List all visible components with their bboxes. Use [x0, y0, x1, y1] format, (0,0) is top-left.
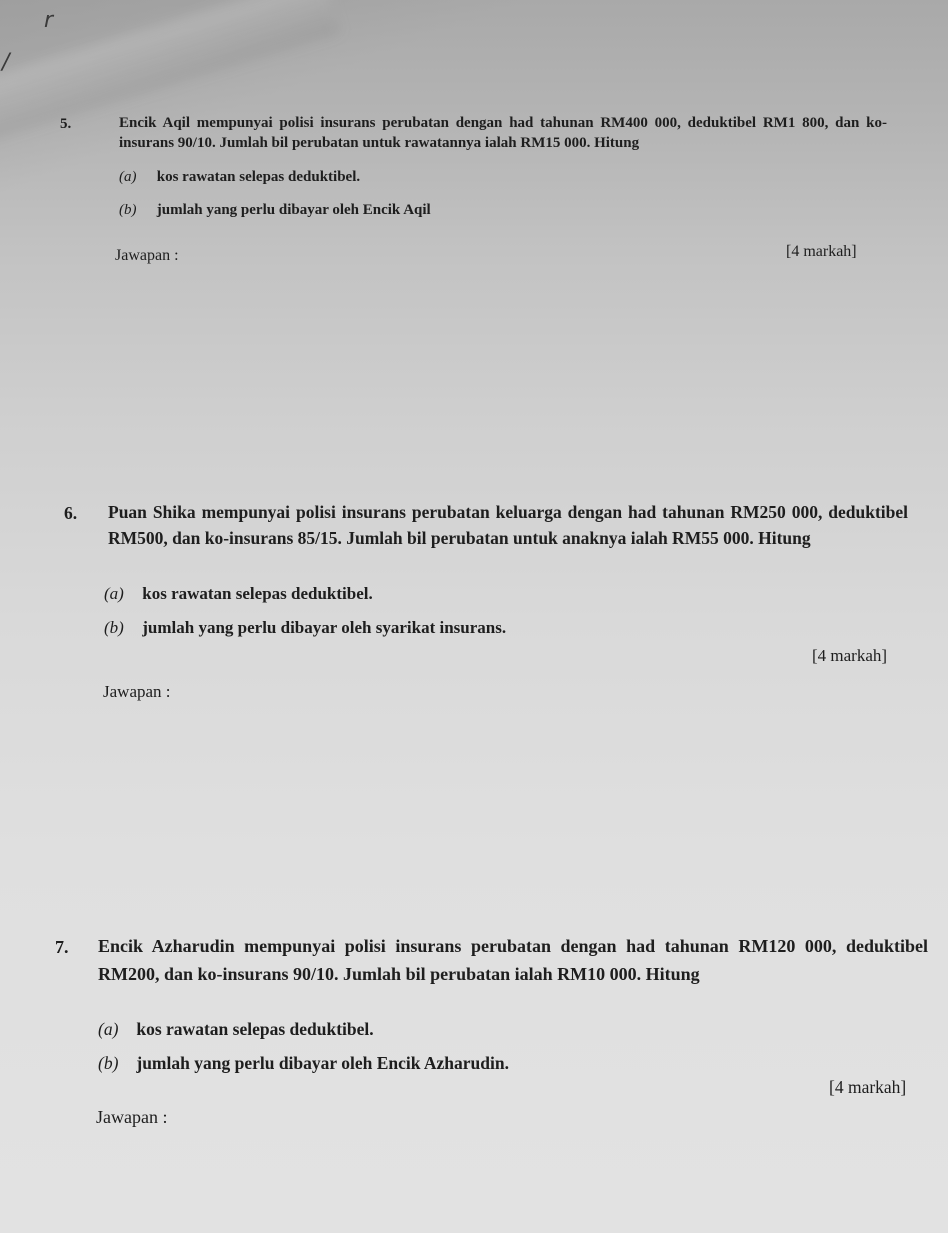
part-text: jumlah yang perlu dibayar oleh syarikat … — [142, 618, 506, 637]
answer-space[interactable] — [90, 1140, 920, 1230]
question-part-a: (a) kos rawatan selepas deduktibel. — [98, 1019, 374, 1040]
question-text: Encik Azharudin mempunyai polisi insuran… — [98, 933, 928, 989]
question-number: 7. — [55, 937, 69, 958]
pencil-mark: / — [2, 50, 9, 75]
question-text: Puan Shika mempunyai polisi insurans per… — [108, 499, 908, 552]
question-text: Encik Aqil mempunyai polisi insurans per… — [119, 114, 887, 153]
part-label: (b) — [104, 618, 138, 638]
answer-label: Jawapan : — [103, 682, 171, 702]
answer-label: Jawapan : — [96, 1107, 167, 1128]
part-text: jumlah yang perlu dibayar oleh Encik Azh… — [136, 1053, 509, 1073]
part-label: (b) — [119, 202, 153, 219]
part-text: kos rawatan selepas deduktibel. — [142, 584, 372, 603]
marks-allocation: [4 markah] — [812, 646, 887, 666]
answer-space[interactable] — [110, 275, 890, 475]
question-number: 6. — [64, 503, 77, 524]
part-text: jumlah yang perlu dibayar oleh Encik Aqi… — [157, 202, 431, 218]
part-label: (b) — [98, 1053, 132, 1074]
part-label: (a) — [104, 584, 138, 604]
part-text: kos rawatan selepas deduktibel. — [136, 1019, 373, 1039]
question-number: 5. — [60, 116, 71, 133]
marks-allocation: [4 markah] — [786, 243, 857, 261]
marks-allocation: [4 markah] — [829, 1077, 906, 1098]
part-label: (a) — [119, 169, 153, 186]
question-part-b: (b) jumlah yang perlu dibayar oleh syari… — [104, 618, 506, 638]
question-part-b: (b) jumlah yang perlu dibayar oleh Encik… — [98, 1053, 509, 1074]
answer-space[interactable] — [100, 710, 910, 910]
question-part-a: (a) kos rawatan selepas deduktibel. — [104, 584, 373, 604]
question-part-a: (a) kos rawatan selepas deduktibel. — [119, 169, 360, 186]
question-part-b: (b) jumlah yang perlu dibayar oleh Encik… — [119, 202, 431, 219]
part-text: kos rawatan selepas deduktibel. — [157, 169, 360, 185]
pencil-mark: r — [44, 8, 53, 33]
part-label: (a) — [98, 1019, 132, 1040]
answer-label: Jawapan : — [115, 247, 179, 265]
